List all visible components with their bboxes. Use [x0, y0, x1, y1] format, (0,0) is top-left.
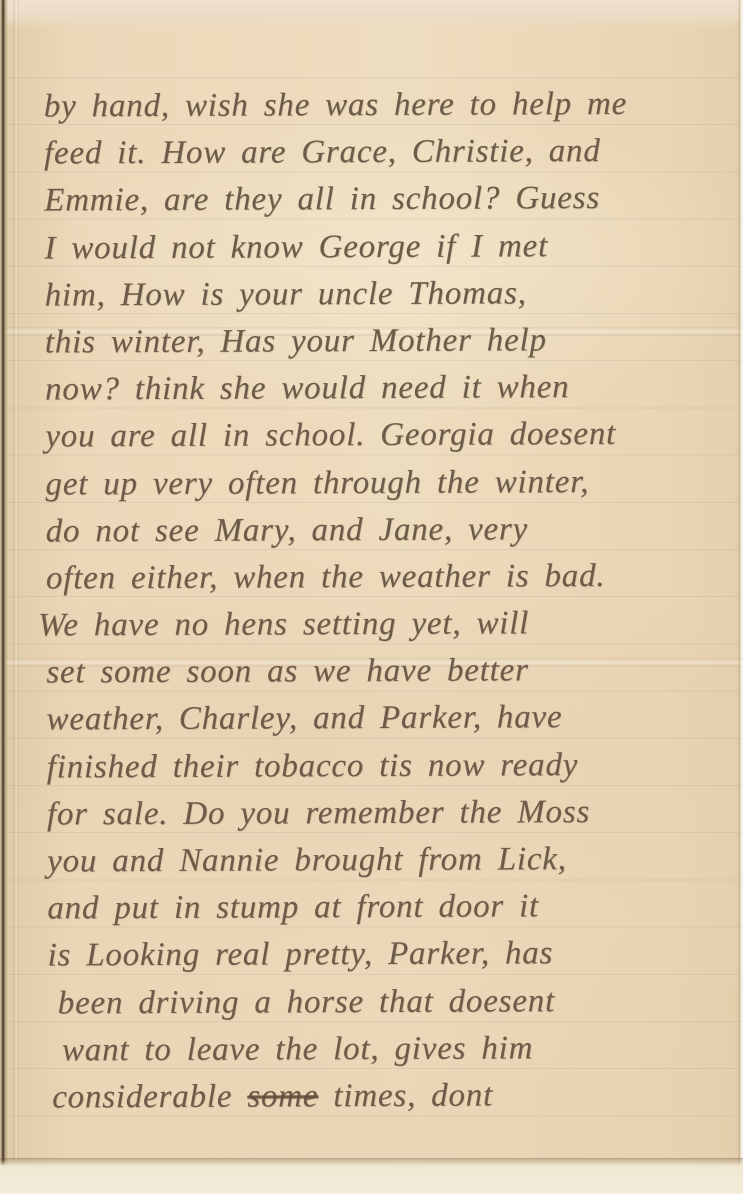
handwritten-line: set some soon as we have better: [46, 647, 716, 697]
handwritten-line: you and Nannie brought from Lick,: [47, 836, 717, 886]
handwritten-line: been driving a horse that doesent: [58, 977, 718, 1027]
handwritten-line: Emmie, are they all in school? Guess: [44, 175, 714, 225]
scan-top-edge: [0, 0, 743, 28]
scan-bottom-edge: [0, 1158, 743, 1194]
handwritten-line: want to leave the lot, gives him: [62, 1024, 718, 1074]
handwritten-line-final: considerable some times, dont: [52, 1071, 718, 1121]
handwritten-line: him, How is your uncle Thomas,: [45, 269, 715, 319]
handwritten-line: get up very often through the winter,: [45, 458, 715, 508]
handwritten-line: feed it. How are Grace, Christie, and: [44, 128, 714, 178]
scan-right-edge: [737, 0, 743, 1194]
handwritten-line: is Looking real pretty, Parker, has: [47, 930, 717, 980]
final-line-suffix: times, dont: [318, 1077, 493, 1114]
handwritten-line: by hand, wish she was here to help me: [44, 81, 714, 131]
handwritten-line: finished their tobacco tis now ready: [47, 741, 717, 791]
handwritten-line: do not see Mary, and Jane, very: [46, 505, 716, 555]
handwritten-line: I would not know George if I met: [44, 222, 714, 272]
struck-word: some: [247, 1078, 318, 1114]
handwritten-line: now? think she would need it when: [45, 364, 715, 414]
handwritten-line: this winter, Has your Mother help: [45, 316, 715, 366]
final-line-prefix: considerable: [52, 1079, 247, 1116]
handwritten-line: often either, when the weather is bad.: [46, 552, 716, 602]
vertical-crease: [13, 0, 19, 1194]
handwritten-line: We have no hens setting yet, will: [38, 600, 716, 650]
handwritten-line: weather, Charley, and Parker, have: [46, 694, 716, 744]
scanned-letter: by hand, wish she was here to help me fe…: [0, 0, 743, 1194]
letter-body: by hand, wish she was here to help me fe…: [44, 81, 719, 1122]
handwritten-line: for sale. Do you remember the Moss: [47, 788, 717, 838]
handwritten-line: and put in stump at front door it: [47, 883, 717, 933]
scan-left-edge: [0, 0, 8, 1194]
handwritten-line: you are all in school. Georgia doesent: [45, 411, 715, 461]
